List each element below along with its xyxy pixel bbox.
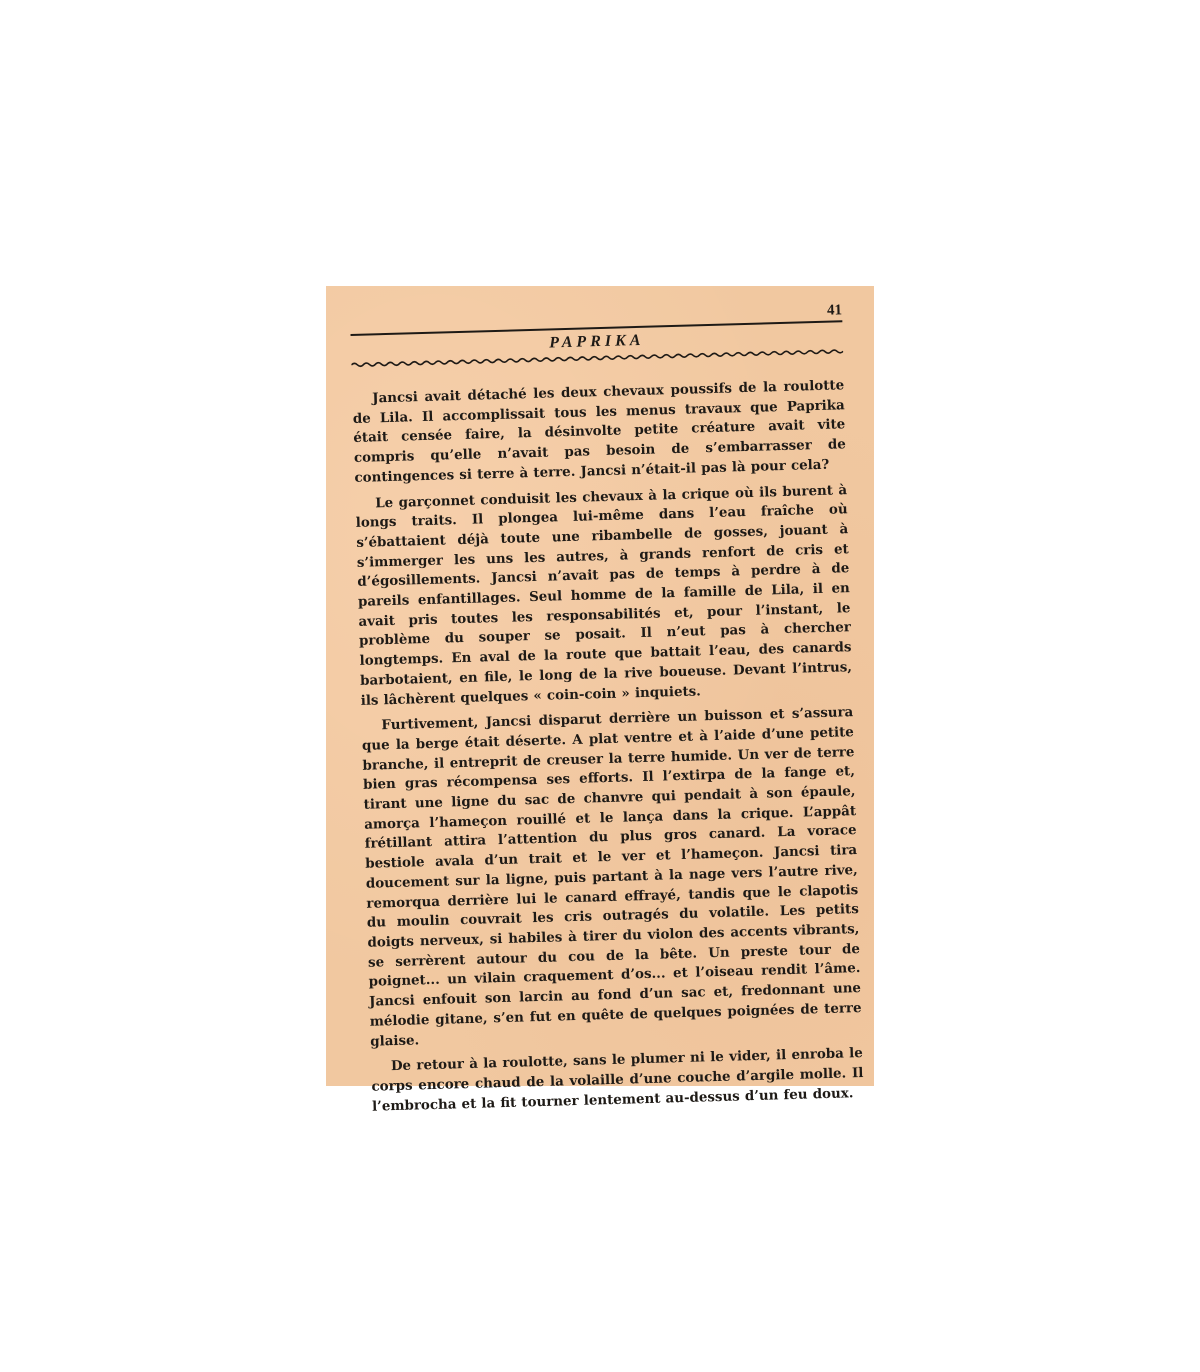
paragraph-4: De retour à la roulotte, sans le plumer … <box>371 1044 864 1117</box>
paragraph-1: Jancsi avait détaché les deux chevaux po… <box>352 376 847 488</box>
book-page: 41 PAPRIKA Jancsi avait détaché les deux… <box>326 286 874 1086</box>
paragraph-2: Le garçonnet conduisit les chevaux à la … <box>355 481 853 711</box>
page-number: 41 <box>827 302 842 319</box>
paragraph-3: Furtivement, Jancsi disparut derrière un… <box>361 703 862 1052</box>
page-content: 41 PAPRIKA Jancsi avait détaché les deux… <box>350 302 864 1123</box>
running-header: 41 PAPRIKA <box>350 302 843 374</box>
body-text: Jancsi avait détaché les deux chevaux po… <box>352 376 864 1117</box>
